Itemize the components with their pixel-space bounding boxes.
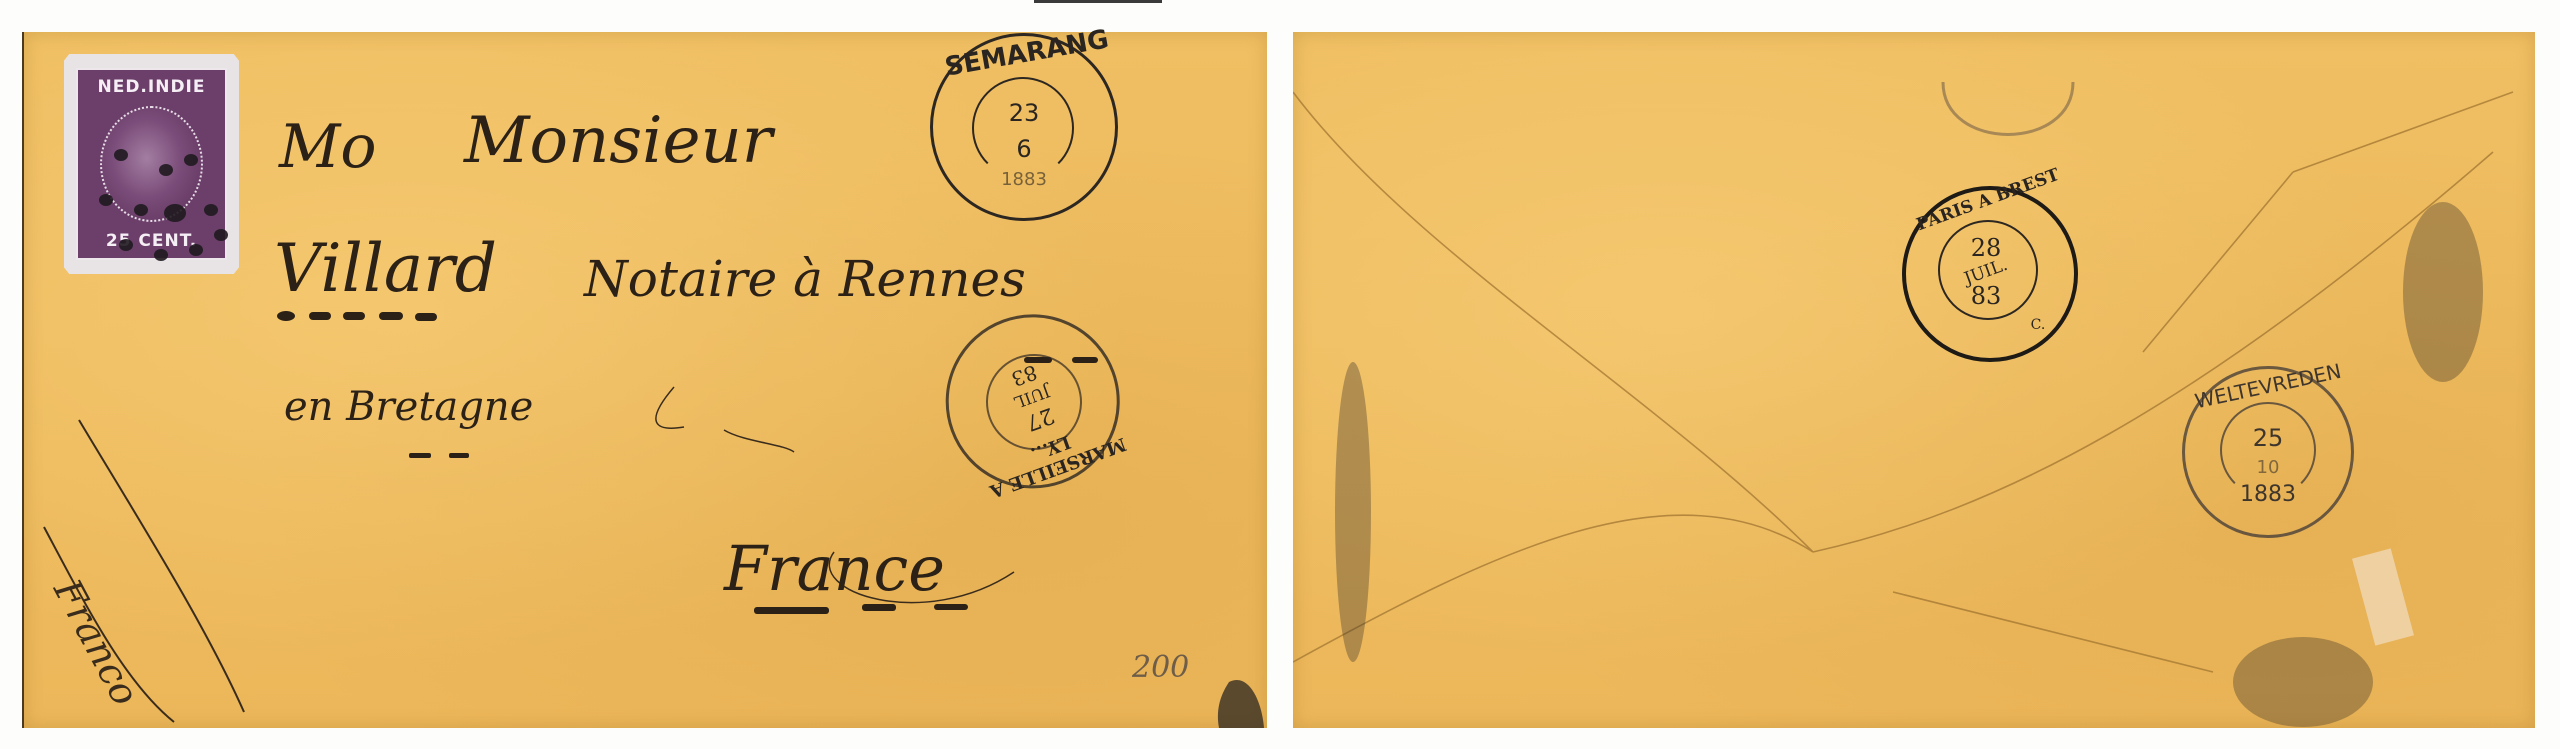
cancel-dot [204, 204, 218, 216]
postage-stamp: NED.INDIE 25 CENT. [64, 54, 239, 274]
pencil-price-note: 200 [1132, 650, 1189, 685]
cancel-dot [159, 164, 173, 176]
address-name: Villard [274, 230, 497, 307]
postmark-year: 1883 [2223, 482, 2313, 507]
stamp-country: NED.INDIE [78, 74, 225, 100]
cancel-dot [134, 204, 148, 216]
address-region: en Bretagne [284, 384, 533, 430]
cancel-dot [154, 249, 168, 261]
postmark-day: 23 [994, 99, 1054, 127]
cancel-dot [214, 229, 228, 241]
stamp-frame: NED.INDIE 25 CENT. [76, 68, 227, 260]
postmark-suffix: C. [2023, 317, 2053, 333]
cancel-dot [164, 204, 186, 222]
address-title: Mo [279, 112, 377, 182]
postmark-year: 1883 [984, 169, 1064, 190]
address-profession-city: Notaire à Rennes [584, 250, 1026, 308]
envelope-front: NED.INDIE 25 CENT. SEMARANG 23 6 1883 MA… [22, 32, 1267, 728]
cancel-dot [119, 239, 133, 251]
postmark-paris-brest: PARIS A BREST 28 JUIL. 83 C. [1898, 182, 2078, 362]
postmark-weltevreden: WELTEVREDEN 25 10 1883 [2178, 362, 2358, 542]
postmark-day: 25 [2238, 424, 2298, 452]
envelope-back: PARIS A BREST 28 JUIL. 83 C. WELTEVREDEN… [1293, 32, 2535, 728]
cancel-dot [184, 154, 198, 166]
cancel-dot [114, 149, 128, 161]
top-edge-bar [1034, 0, 1162, 3]
address-salutation: Monsieur [464, 104, 772, 178]
cancel-dot [189, 244, 203, 256]
address-country: France [724, 532, 945, 605]
postmark-month: 6 [994, 135, 1054, 163]
postmark-year: 83 [1956, 282, 2016, 310]
postmark-semarang: SEMARANG 23 6 1883 [924, 27, 1124, 227]
cancel-dot [99, 194, 113, 206]
postmark-month: 10 [2238, 457, 2298, 478]
